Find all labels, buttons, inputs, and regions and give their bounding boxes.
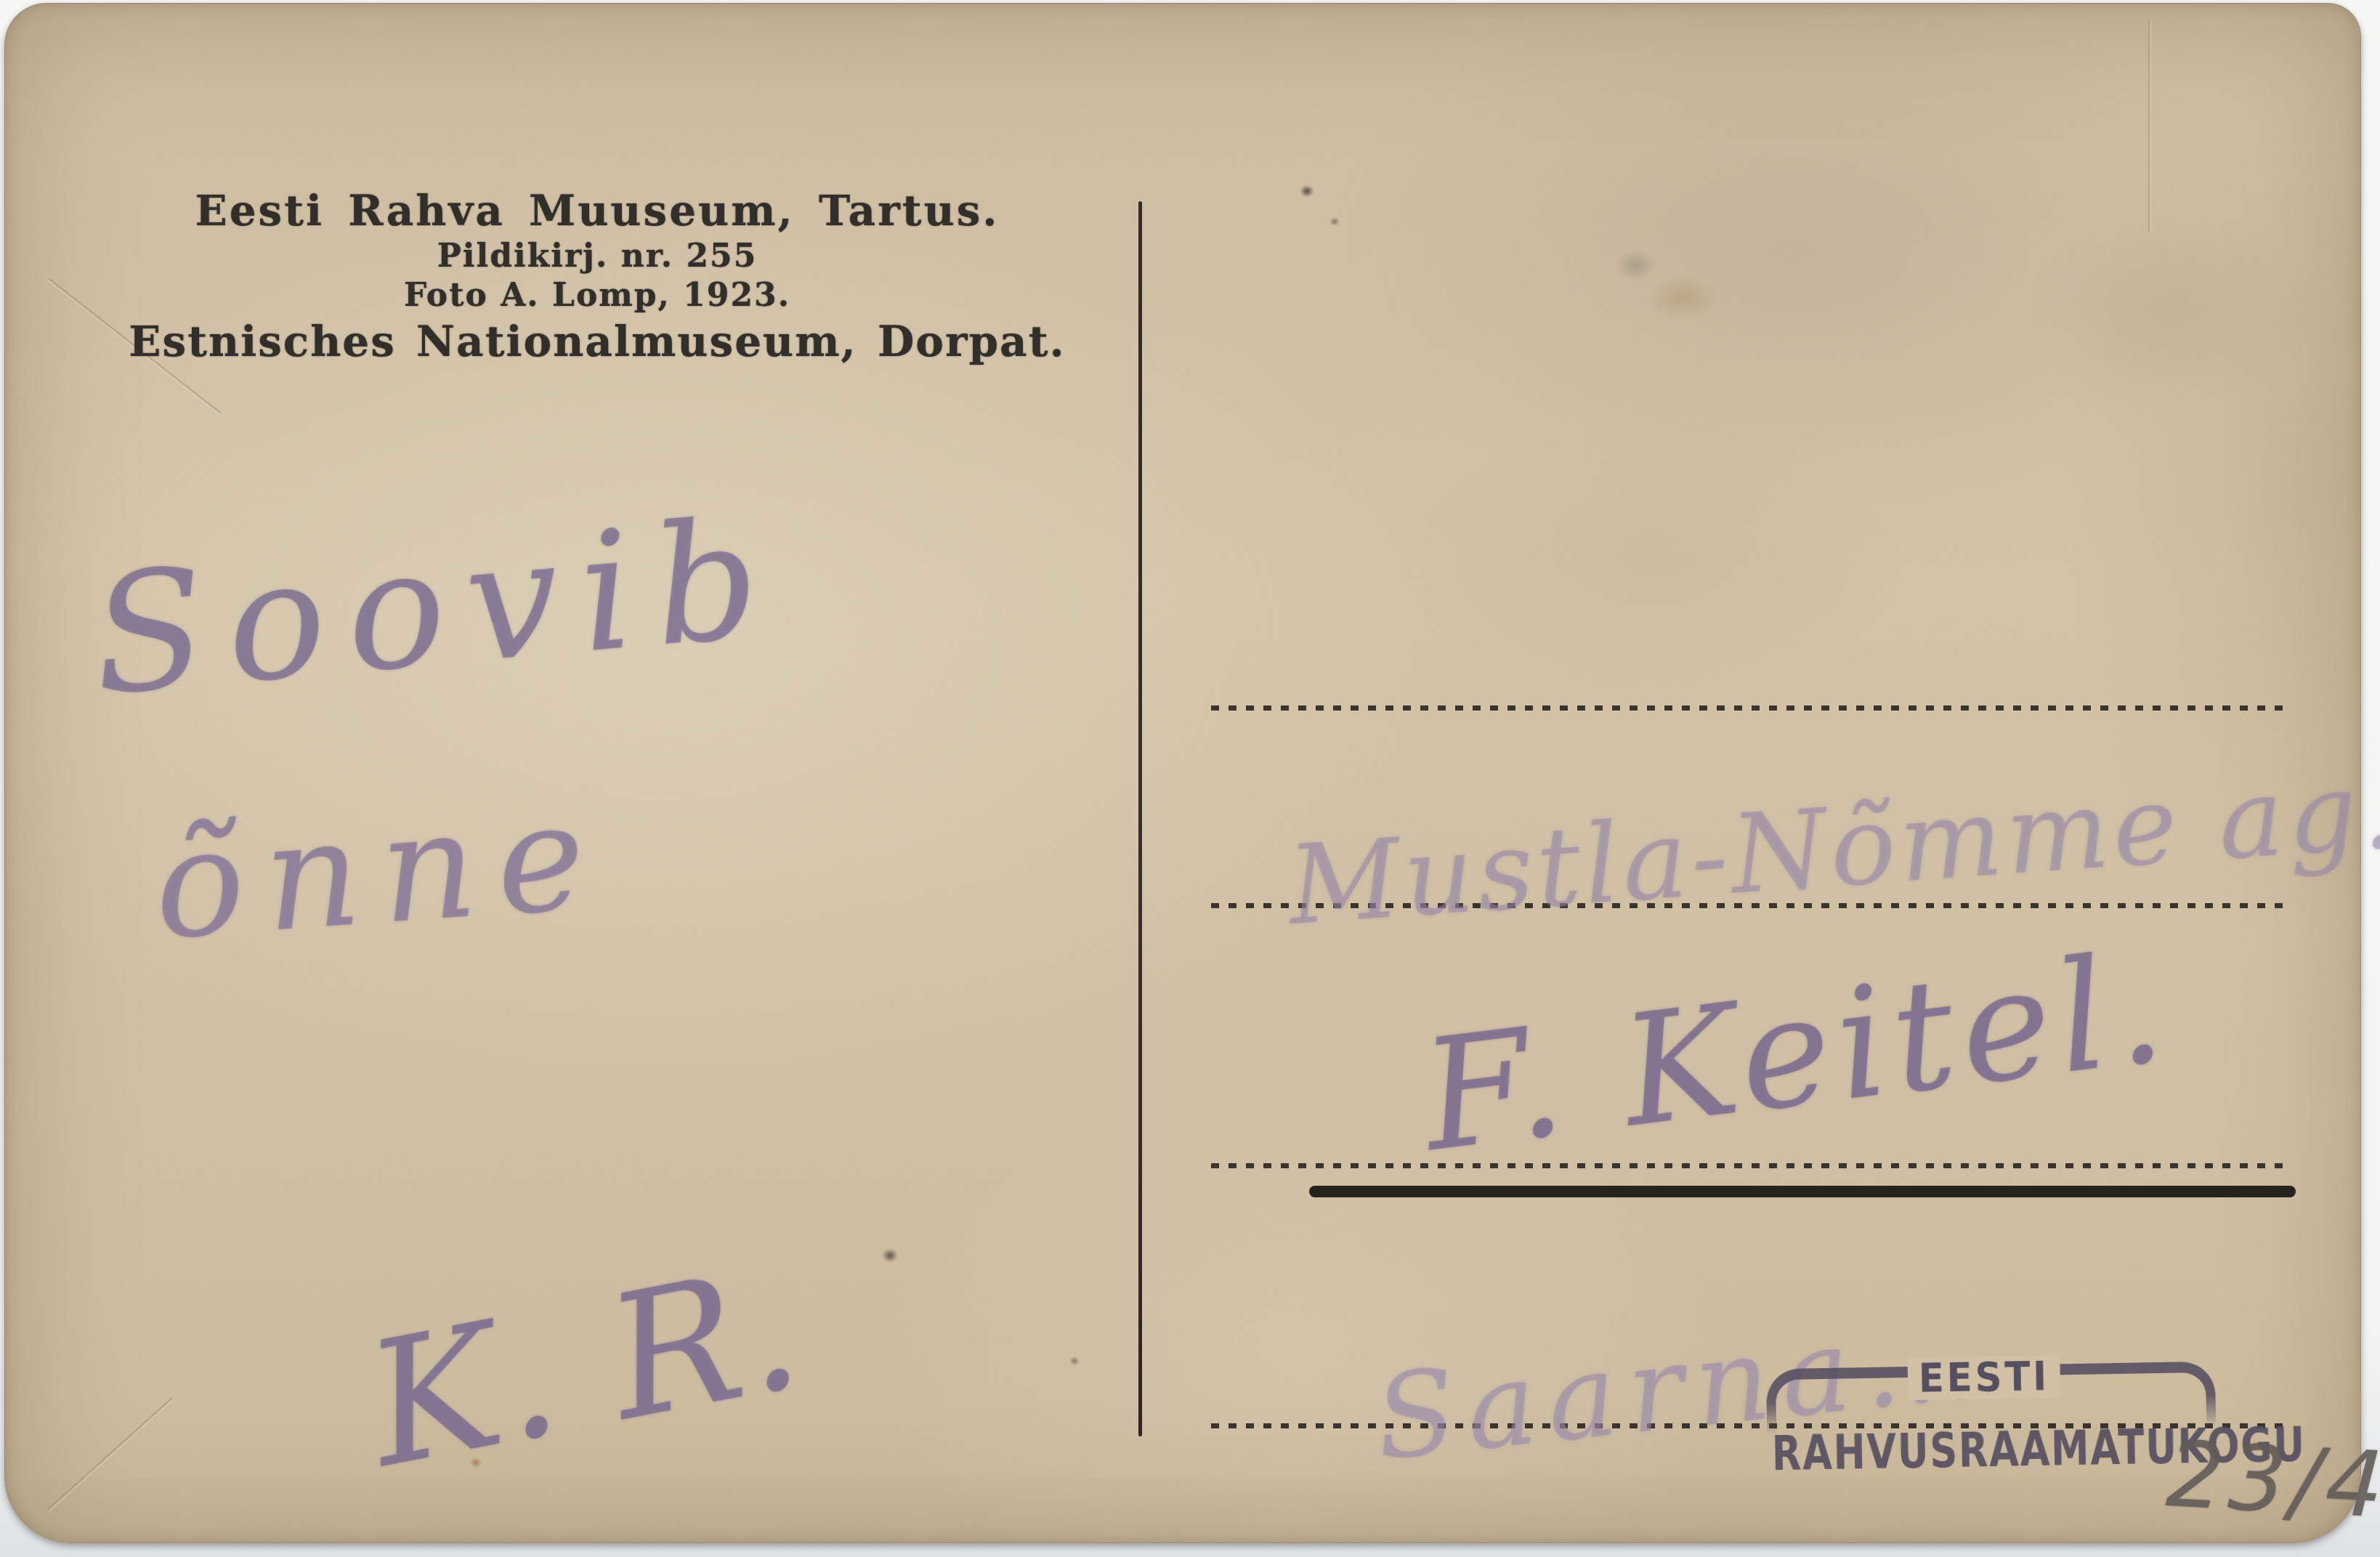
pencil-corner-notation: 23/4: [2164, 1422, 2380, 1539]
center-divider-line: [1138, 201, 1142, 1436]
address-dotted-line-1: [1211, 705, 2286, 711]
handwritten-sender-initials: K. R.: [353, 1229, 817, 1506]
publisher-name-german: Estnisches Nationalmuseum, Dorpat.: [114, 320, 1080, 363]
scanned-postcard-back: { "publisher": { "line1": "Eesti Rahva M…: [0, 0, 2380, 1557]
publisher-name-estonian: Eesti Rahva Muuseum, Tartus.: [114, 190, 1080, 232]
address-dotted-line-3: [1211, 1163, 2286, 1168]
postcard-paper: Eesti Rahva Muuseum, Tartus. Pildikirj. …: [4, 3, 2361, 1543]
handwritten-message-word-1: Soovib: [85, 482, 788, 732]
picture-series-number: Pildikirj. nr. 255: [114, 240, 1080, 272]
library-ownership-stamp: EESTI RAHVUSRAAMATUKOGU: [1766, 1353, 2217, 1484]
stamp-text-eesti: EESTI: [1908, 1355, 2061, 1400]
publisher-imprint-block: Eesti Rahva Muuseum, Tartus. Pildikirj. …: [114, 190, 1080, 363]
photo-credit: Foto A. Lomp, 1923.: [114, 280, 1080, 312]
handwritten-message-word-2: õnne: [148, 769, 610, 974]
address-solid-line: [1309, 1186, 2296, 1197]
handwritten-address-line-2: F. Keitel.: [1414, 918, 2179, 1186]
handwritten-address-line-1: Mustla-Nõmme ag.: [1284, 746, 2380, 950]
paper-crease-bottom-left: [47, 1398, 174, 1512]
paper-crease-top-right: [2148, 21, 2151, 232]
